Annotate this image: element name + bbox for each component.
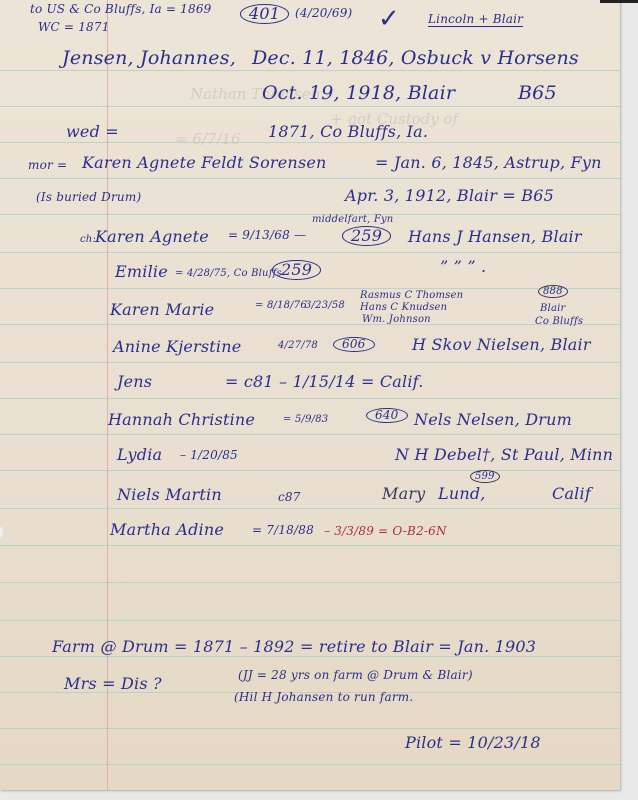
margin-line bbox=[107, 0, 108, 790]
spouse-birth: = Jan. 6, 1845, Astrup, Fyn bbox=[375, 153, 602, 172]
rule-line bbox=[0, 214, 620, 215]
child-6-dates: = 5/9/83 bbox=[283, 414, 328, 425]
child-2-dates: = 4/28/75, Co Bluffs bbox=[175, 268, 282, 279]
child-7-name: Lydia bbox=[117, 445, 162, 464]
child-3-place-1: Blair bbox=[540, 303, 566, 314]
rule-line bbox=[0, 545, 620, 546]
child-7-dates: – 1/20/85 bbox=[180, 448, 238, 462]
rule-line bbox=[0, 508, 620, 509]
child-4-name: Anine Kjerstine bbox=[113, 337, 241, 356]
subject-birth: Dec. 11, 1846, Osbuck v Horsens bbox=[252, 47, 579, 69]
rule-line bbox=[0, 142, 620, 143]
misc-note-1: (JJ = 28 yrs on farm @ Drum & Blair) bbox=[238, 668, 473, 682]
child-9-dates: = 7/18/88 bbox=[252, 523, 314, 537]
record-date: (4/20/69) bbox=[295, 6, 352, 20]
rule-line bbox=[0, 106, 620, 107]
child-3-spouse-2: Hans C Knudsen bbox=[360, 302, 447, 313]
child-1-above-note: middelfart, Fyn bbox=[312, 214, 393, 225]
child-6-name: Hannah Christine bbox=[108, 410, 255, 429]
child-8-record: 599 bbox=[470, 470, 500, 483]
spouse-label: mor = bbox=[28, 158, 67, 172]
rule-line bbox=[0, 582, 620, 583]
rule-line bbox=[0, 324, 620, 325]
record-number: 401 bbox=[240, 4, 289, 24]
immigration-note: to US & Co Bluffs, Ia = 1869 bbox=[30, 2, 212, 16]
child-9-death-note: – 3/3/89 = O-B2-6N bbox=[324, 524, 447, 538]
child-3-spouse-3: Wm. Johnson bbox=[362, 314, 431, 325]
location-note: Lincoln + Blair bbox=[428, 12, 523, 26]
child-8-name: Niels Martin bbox=[117, 485, 222, 504]
spouse-burial-note: (Is buried Drum) bbox=[36, 190, 141, 204]
child-1-spouse: Hans J Hansen, Blair bbox=[408, 227, 582, 246]
child-3-record: 888 bbox=[538, 285, 568, 298]
marriage-details: 1871, Co Bluffs, Ia. bbox=[268, 122, 428, 141]
rule-line bbox=[0, 434, 620, 435]
child-6-record: 640 bbox=[366, 408, 408, 423]
misc-label: Mrs = Dis ? bbox=[64, 674, 162, 693]
rule-line bbox=[0, 178, 620, 179]
child-6-spouse: Nels Nelsen, Drum bbox=[414, 410, 572, 429]
child-2-record: 259 bbox=[272, 260, 321, 280]
checkmark-icon: ✓ bbox=[378, 4, 400, 34]
child-2-name: Emilie bbox=[115, 262, 168, 281]
child-5-dates: = c81 – 1/15/14 = Calif. bbox=[225, 372, 424, 391]
child-3-death: 3/23/58 bbox=[305, 300, 345, 311]
farm-note: Farm @ Drum = 1871 – 1892 = retire to Bl… bbox=[52, 637, 536, 656]
rule-line bbox=[0, 288, 620, 289]
child-1-name: Karen Agnete bbox=[95, 227, 209, 246]
rule-line bbox=[0, 362, 620, 363]
rule-line bbox=[0, 252, 620, 253]
subject-death: Oct. 19, 1918, Blair bbox=[262, 82, 455, 104]
child-3-place-2: Co Bluffs bbox=[535, 316, 583, 327]
rule-line bbox=[0, 764, 620, 765]
scan-edge bbox=[600, 0, 638, 3]
child-9-name: Martha Adine bbox=[110, 520, 224, 539]
pilot-note: Pilot = 10/23/18 bbox=[405, 733, 541, 752]
rule-line bbox=[0, 656, 620, 657]
child-8-place: Calif bbox=[552, 484, 591, 503]
spouse-death: Apr. 3, 1912, Blair = B65 bbox=[345, 186, 554, 205]
child-4-dates: 4/27/78 bbox=[278, 340, 318, 351]
paper-sheet: Nathan Thomsen = 6/7/16 + got Custody of… bbox=[0, 0, 620, 790]
binder-hole bbox=[0, 525, 4, 539]
child-3-dates: = 8/18/76 bbox=[255, 300, 307, 311]
child-3-spouse-1: Rasmus C Thomsen bbox=[360, 290, 463, 301]
bleed-through-text: = 6/7/16 bbox=[175, 130, 241, 148]
wc-note: WC = 1871 bbox=[38, 20, 110, 34]
rule-line bbox=[0, 620, 620, 621]
child-8-spouse-last: Lund, bbox=[438, 484, 486, 503]
child-5-name: Jens bbox=[117, 372, 152, 391]
subject-death-code: B65 bbox=[518, 82, 557, 104]
spouse-name: Karen Agnete Feldt Sorensen bbox=[82, 153, 327, 172]
child-8-dates: c87 bbox=[278, 490, 301, 504]
rule-line bbox=[0, 398, 620, 399]
child-8-spouse-first: Mary bbox=[382, 484, 425, 503]
child-4-spouse: H Skov Nielsen, Blair bbox=[412, 335, 591, 354]
marriage-label: wed = bbox=[66, 122, 119, 141]
child-3-name: Karen Marie bbox=[110, 300, 214, 319]
rule-line bbox=[0, 728, 620, 729]
rule-line bbox=[0, 470, 620, 471]
child-1-record: 259 bbox=[342, 226, 391, 246]
children-label: ch: bbox=[80, 234, 96, 245]
child-7-spouse: N H Debel†, St Paul, Minn bbox=[395, 445, 613, 464]
child-2-spouse: ” ” ” . bbox=[440, 257, 486, 276]
child-1-dates: = 9/13/68 — bbox=[228, 228, 306, 242]
misc-note-2: (Hil H Johansen to run farm. bbox=[234, 690, 413, 704]
child-4-record: 606 bbox=[333, 337, 375, 352]
subject-name: Jensen, Johannes, bbox=[62, 47, 236, 69]
rule-line bbox=[0, 70, 620, 71]
